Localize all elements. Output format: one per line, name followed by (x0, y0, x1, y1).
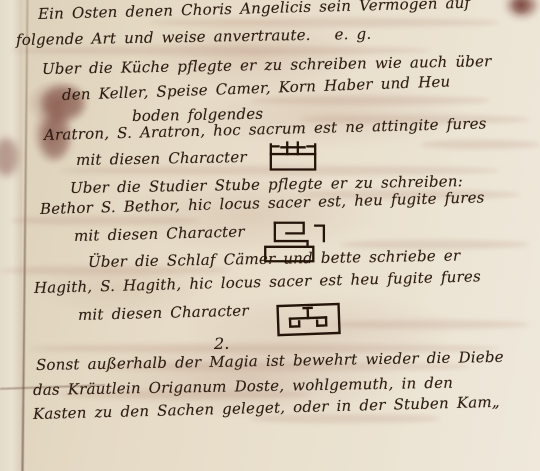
figure-number: 2. (214, 334, 230, 353)
ink-stain (508, 0, 536, 16)
bethor-sigil (256, 217, 336, 267)
manuscript-line: mit diesen Character (78, 302, 249, 324)
manuscript-line: mit diesen Character (74, 223, 245, 245)
hagith-sigil (273, 297, 344, 339)
aratron-sigil (266, 139, 320, 173)
manuscript-line: mit diesen Character (76, 148, 247, 169)
page-left-edge (0, 0, 22, 471)
manuscript-page: Ein Osten denen Choris Angelicis sein Ve… (0, 0, 540, 471)
manuscript-line: folgende Art und weise anvertraute. e. g… (16, 25, 372, 49)
vertical-fold-crease (21, 0, 28, 471)
